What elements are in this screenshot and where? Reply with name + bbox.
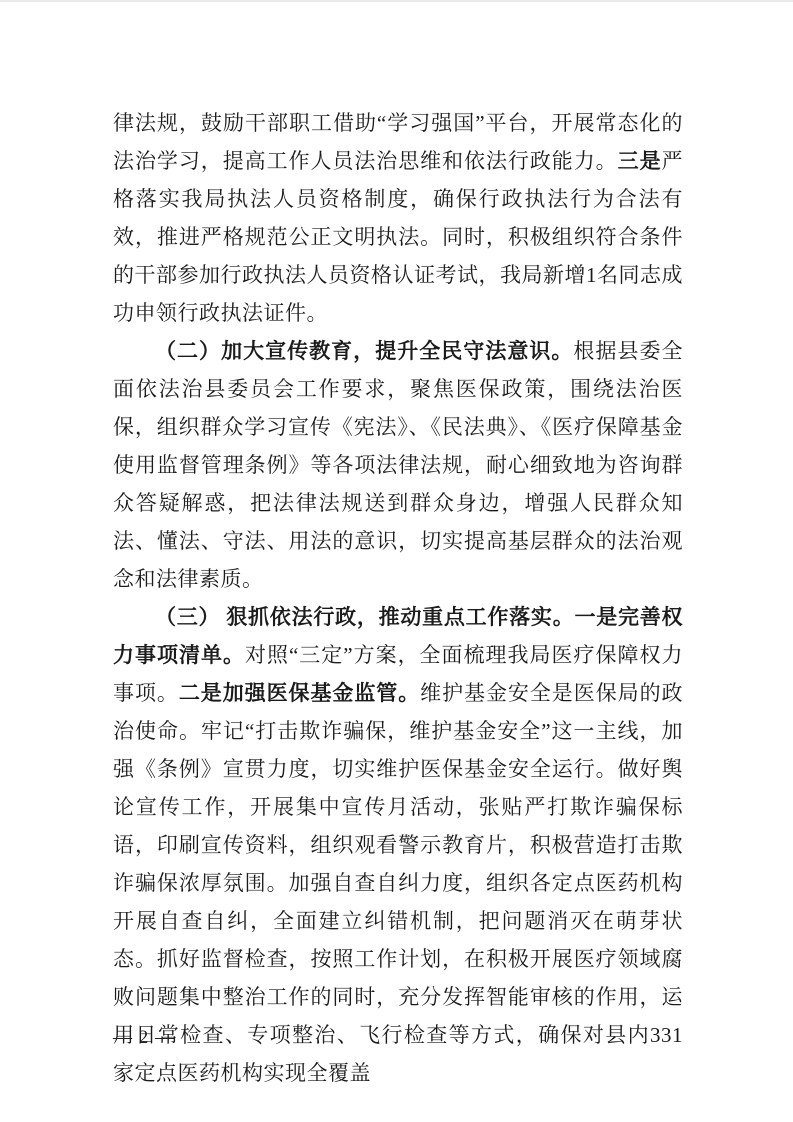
text-run: 严格落实我局执法人员资格制度，确保行政执法行为合法有效，推进严格规范公正文明执法… (113, 149, 683, 325)
paragraph-continuation-section-1: 律法规，鼓励干部职工借助“学习强国”平台，开展常态化的法治学习，提高工作人员法治… (113, 104, 683, 332)
paragraph-section-3: （三） 狠抓依法行政，推动重点工作落实。一是完善权力事项清单。对照“三定”方案，… (113, 598, 683, 1092)
section-2-heading: （二）加大宣传教育，提升全民守法意识。 (155, 339, 573, 363)
document-body: 律法规，鼓励干部职工借助“学习强国”平台，开展常态化的法治学习，提高工作人员法治… (113, 104, 683, 1092)
paragraph-section-2: （二）加大宣传教育，提升全民守法意识。根据县委全面依法治县委员会工作要求，聚焦医… (113, 332, 683, 598)
scan-edge-artifact (0, 0, 793, 2)
text-run: 根据县委全面依法治县委员会工作要求，聚焦医保政策，围绕法治医保，组织群众学习宣传… (113, 339, 683, 591)
text-run: 维护基金安全是医保局的政治使命。牢记“打击欺诈骗保，维护基金安全”这一主线，加强… (113, 681, 683, 1085)
page-number: — 2 — (113, 1024, 175, 1052)
text-run-bold: 二是加强医保基金监管。 (179, 681, 420, 705)
text-run: 律法规，鼓励干部职工借助“学习强国”平台，开展常态化的法治学习，提高工作人员法治… (113, 111, 683, 173)
text-run-bold: 三是 (618, 149, 662, 173)
document-page: 律法规，鼓励干部职工借助“学习强国”平台，开展常态化的法治学习，提高工作人员法治… (0, 0, 793, 1122)
